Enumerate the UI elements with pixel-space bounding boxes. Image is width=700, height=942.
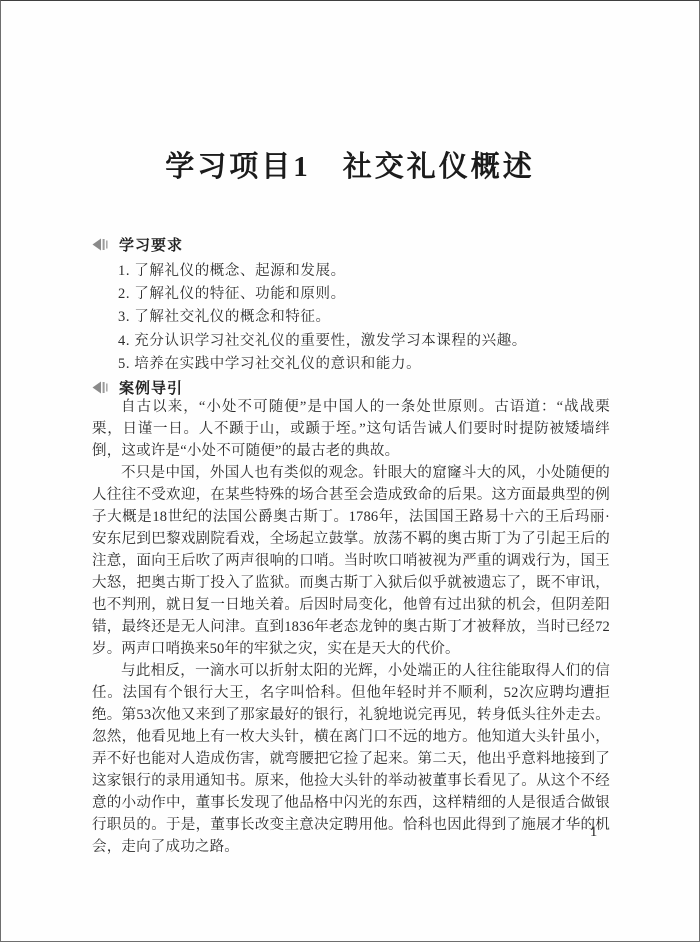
list-item: 3. 了解社交礼仪的概念和特征。 <box>118 306 610 329</box>
page-title: 学习项目1 社交礼仪概述 <box>1 144 699 185</box>
list-item: 1. 了解礼仪的概念、起源和发展。 <box>118 260 610 283</box>
rewind-triangle-icon <box>92 238 110 251</box>
paragraph: 自古以来，“小处不可随便”是中国人的一条处世原则。古语道：“战战栗栗，日谨一日。… <box>92 396 610 462</box>
requirements-list: 1. 了解礼仪的概念、起源和发展。 2. 了解礼仪的特征、功能和原则。 3. 了… <box>118 260 610 376</box>
section-heading-case: 案例导引 <box>92 377 183 398</box>
section-heading-label: 学习要求 <box>119 234 183 255</box>
book-page: 学习项目1 社交礼仪概述 学习要求 1. 了解礼仪的概念、起源和发展。 2. 了… <box>0 0 700 942</box>
case-body: 自古以来，“小处不可随便”是中国人的一条处世原则。古语道：“战战栗栗，日谨一日。… <box>92 396 610 858</box>
list-item: 2. 了解礼仪的特征、功能和原则。 <box>118 283 610 306</box>
page-number: 1 <box>590 824 597 841</box>
rewind-triangle-icon <box>92 381 110 394</box>
list-item: 5. 培养在实践中学习社交礼仪的意识和能力。 <box>118 353 610 376</box>
section-heading-requirements: 学习要求 <box>92 234 183 255</box>
paragraph: 不只是中国，外国人也有类似的观念。针眼大的窟窿斗大的风，小处随便的人往往不受欢迎… <box>92 462 610 660</box>
section-heading-label: 案例导引 <box>119 377 183 398</box>
list-item: 4. 充分认识学习社交礼仪的重要性，激发学习本课程的兴趣。 <box>118 330 610 353</box>
paragraph: 与此相反，一滴水可以折射太阳的光辉，小处端正的人往往能取得人们的信任。法国有个银… <box>92 660 610 858</box>
